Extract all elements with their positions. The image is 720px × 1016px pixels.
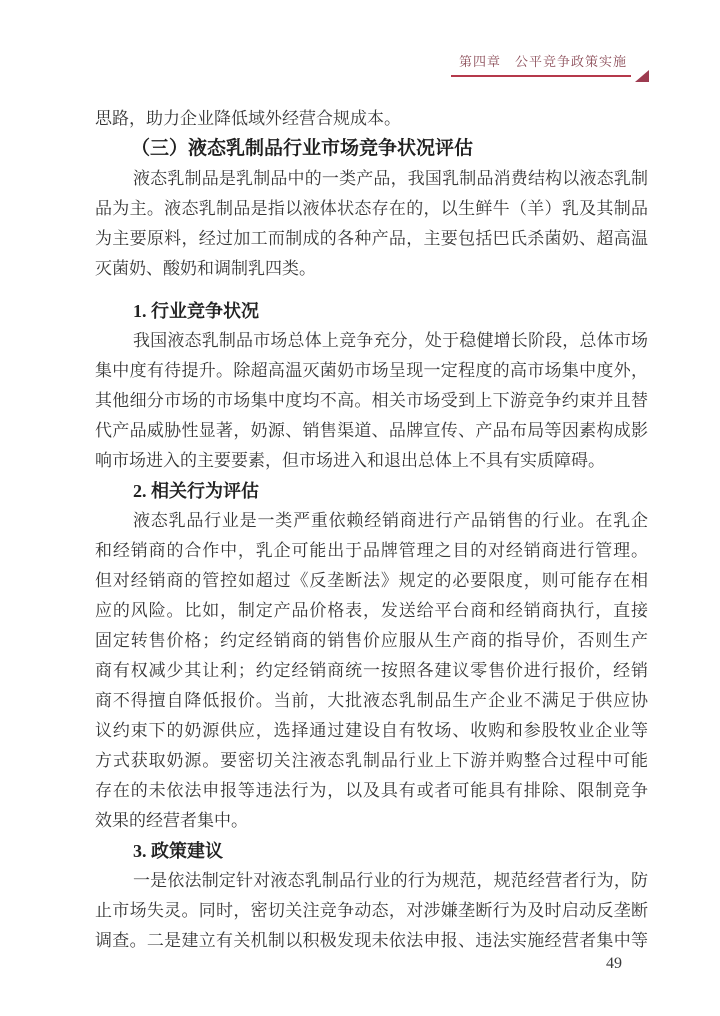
text-line: 品为主。液态乳制品是指以液体状态存在的，以生鲜牛（羊）乳及其制品 <box>95 194 648 224</box>
paragraph-behavior: 液态乳品行业是一类严重依赖经销商进行产品销售的行业。在乳企 和经销商的合作中，乳… <box>95 506 648 836</box>
text-line: 液态乳制品是乳制品中的一类产品，我国乳制品消费结构以液态乳制 <box>95 164 648 194</box>
header-rule <box>451 75 631 77</box>
text-line: 一是依法制定针对液态乳制品行业的行为规范，规范经营者行为，防 <box>95 866 648 896</box>
page-number: 49 <box>606 953 622 975</box>
text-line: 固定转售价格；约定经销商的销售价应服从生产商的指导价，否则生产 <box>95 626 648 656</box>
text-line: 议约束下的奶源供应，选择通过建设自有牧场、收购和参股牧业企业等 <box>95 716 648 746</box>
chapter-title: 第四章 公平竞争政策实施 <box>459 52 627 72</box>
text-line: 调查。二是建立有关机制以积极发现未依法申报、违法实施经营者集中等 <box>95 926 648 956</box>
text-line: 集中度有待提升。除超高温灭菌奶市场呈现一定程度的高市场集中度外， <box>95 356 648 386</box>
continuation-line: 思路，助力企业降低域外经营合规成本。 <box>95 104 648 134</box>
text-line: 响市场进入的主要要素，但市场进入和退出总体上不具有实质障碍。 <box>95 446 648 476</box>
text-line: 但对经销商的管控如超过《反垄断法》规定的必要限度，则可能存在相 <box>95 566 648 596</box>
text-line: 存在的未依法申报等违法行为，以及具有或者可能具有排除、限制竞争 <box>95 776 648 806</box>
paragraph-policy: 一是依法制定针对液态乳制品行业的行为规范，规范经营者行为，防 止市场失灵。同时，… <box>95 866 648 956</box>
paragraph-intro: 液态乳制品是乳制品中的一类产品，我国乳制品消费结构以液态乳制 品为主。液态乳制品… <box>95 164 648 284</box>
text-line: 商不得擅自降低报价。当前，大批液态乳制品生产企业不满足于供应协 <box>95 686 648 716</box>
document-body: 思路，助力企业降低域外经营合规成本。 （三）液态乳制品行业市场竞争状况评估 液态… <box>95 104 648 956</box>
text-line: 液态乳品行业是一类严重依赖经销商进行产品销售的行业。在乳企 <box>95 506 648 536</box>
section-heading: （三）液态乳制品行业市场竞争状况评估 <box>95 134 648 164</box>
text-line: 我国液态乳制品市场总体上竞争充分，处于稳健增长阶段，总体市场 <box>95 326 648 356</box>
text-line: 效果的经营者集中。 <box>95 806 648 836</box>
text-line: 灭菌奶、酸奶和调制乳四类。 <box>95 254 648 284</box>
text-line: 应的风险。比如，制定产品价格表，发送给平台商和经销商执行，直接 <box>95 596 648 626</box>
text-line: 商有权减少其让利；约定经销商统一按照各建议零售价进行报价，经销 <box>95 656 648 686</box>
text-line: 方式获取奶源。要密切关注液态乳制品行业上下游并购整合过程中可能 <box>95 746 648 776</box>
text-line: 代产品威胁性显著，奶源、销售渠道、品牌宣传、产品布局等因素构成影 <box>95 416 648 446</box>
page-header: 第四章 公平竞争政策实施 <box>459 52 627 77</box>
text-line: 其他细分市场的市场集中度均不高。相关市场受到上下游竞争约束并且替 <box>95 386 648 416</box>
text-line: 和经销商的合作中，乳企可能出于品牌管理之目的对经销商进行管理。 <box>95 536 648 566</box>
triangle-icon <box>635 70 649 82</box>
text-line: 为主要原料，经过加工而制成的各种产品，主要包括巴氏杀菌奶、超高温 <box>95 224 648 254</box>
sub-heading-1: 1. 行业竞争状况 <box>95 296 648 326</box>
sub-heading-2: 2. 相关行为评估 <box>95 476 648 506</box>
sub-heading-3: 3. 政策建议 <box>95 836 648 866</box>
paragraph-competition: 我国液态乳制品市场总体上竞争充分，处于稳健增长阶段，总体市场 集中度有待提升。除… <box>95 326 648 476</box>
text-line: 止市场失灵。同时，密切关注竞争动态，对涉嫌垄断行为及时启动反垄断 <box>95 896 648 926</box>
